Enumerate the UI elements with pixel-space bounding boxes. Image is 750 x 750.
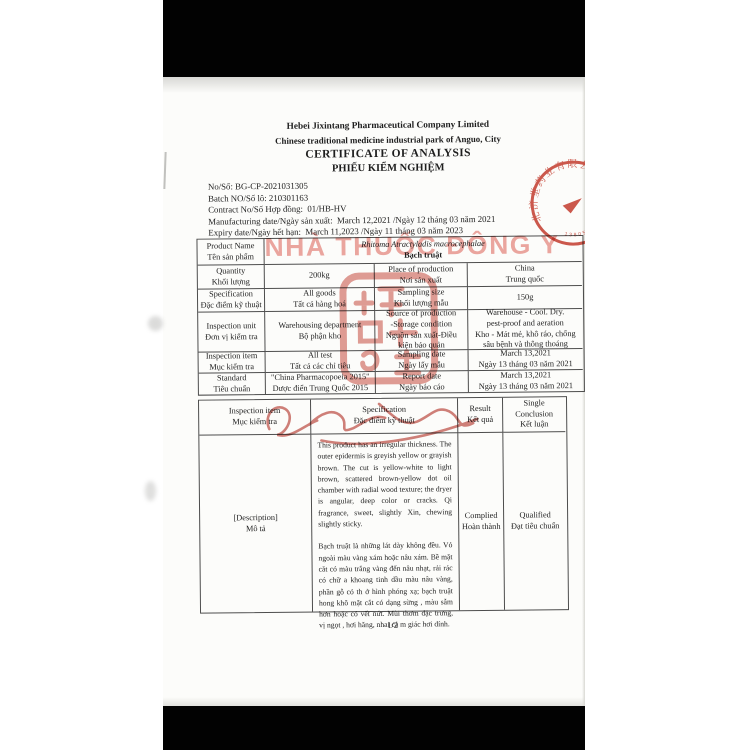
company-round-seal-stamp: 北济堂药业有限公司 13805200 <box>513 143 585 264</box>
info-value-sampling-size: 150g <box>468 286 582 310</box>
company-name: Hebei Jixintang Pharmaceutical Company L… <box>195 119 580 133</box>
info-label-product-name: Product NameTên sản phẩm <box>197 239 264 266</box>
info-label-inspection-unit: Inspection unitĐơn vị kiểm tra <box>198 312 265 353</box>
result-cell-result: CompliedHoàn thành <box>458 433 505 610</box>
meta-batch: Batch NO/Số lô: 210301163 <box>208 192 308 203</box>
info-label-quantity: QuantityKhối lượng <box>198 265 265 290</box>
page-number: 1/2 <box>200 618 585 632</box>
result-cell-description-label: [Description]Mô tả <box>199 435 313 613</box>
info-value-sampling-date: March 13,2021Ngày 13 tháng 03 năm 2021 <box>469 349 583 371</box>
svg-text:北济堂药业有限公司: 北济堂药业有限公司 <box>513 143 585 227</box>
meta-no: No/Số: BG-CP-2021031305 <box>208 181 308 192</box>
info-value-place-of-production: ChinaTrung quốc <box>468 262 582 287</box>
square-seal-stamp <box>338 270 440 386</box>
spec-paragraph-en: This product has an irregular thickness.… <box>317 438 452 530</box>
document-content: Hebei Jixintang Pharmaceutical Company L… <box>163 0 585 750</box>
photo-black-bar-bottom <box>163 706 585 750</box>
info-label-specification: SpecificationĐặc điểm kỹ thuật <box>198 289 265 313</box>
info-label-standard: StandardTiêu chuẩn <box>199 373 266 395</box>
result-cell-specification-text: This product has an irregular thickness.… <box>311 433 460 611</box>
scan-smudge <box>145 481 156 501</box>
result-cell-conclusion: QualifiedĐạt tiêu chuẩn <box>503 432 567 610</box>
meta-manufacturing-date: Manufacturing date/Ngày sản xuất: March … <box>208 213 495 226</box>
info-label-inspection-item: Inspection itemMục kiểm tra <box>199 352 266 374</box>
result-header-conclusion: SingleConclusion Kết luận <box>503 397 565 433</box>
info-value-report-date: March 13,2021Ngày 13 tháng 03 năm 2021 <box>469 370 583 392</box>
meta-contract: Contract No/Số Hợp đồng: 01/HB-HV <box>208 203 346 214</box>
info-value-source-storage: Warehouse - Cool. Dry.pest-proof and aer… <box>468 309 582 350</box>
round-stamp-glyphs: 北济堂药业有限公司 <box>513 143 585 227</box>
photo-strip: Hebei Jixintang Pharmaceutical Company L… <box>163 0 585 750</box>
scan-smudge <box>148 316 163 331</box>
round-stamp-arrow <box>563 194 585 215</box>
signature-scribble <box>261 393 486 451</box>
spec-paragraph-vi: Bạch truật là những lát dày không đều. V… <box>318 540 453 632</box>
